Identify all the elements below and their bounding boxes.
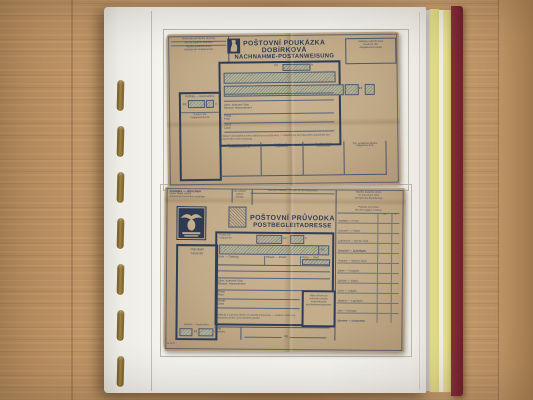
fee-label: Pojistné — Versich.-Geb. (338, 259, 377, 262)
fee-table: Poplatky při podání Bei der Aufgabe erho… (334, 205, 400, 341)
form1-corner-right: Nálepka podacího čísla Raum für den Aufg… (345, 38, 396, 65)
weight-value-line (244, 337, 281, 338)
postal-form-money-order: Určeno jen pro úřední záznamy Nur für am… (166, 32, 401, 188)
currency-label-kc: Kč (321, 248, 325, 252)
form1-stamp-row: Čís. poukaz. seznamu Anweisungsverz.-Nr.… (219, 141, 386, 177)
stamp-box: Podáno dne Aufgabetag (260, 142, 302, 176)
label-german: Post (218, 294, 225, 297)
currency-label-kc: Kč (183, 103, 187, 107)
amount-box (179, 328, 192, 336)
fee-row: Balné — Packgeb. (337, 263, 399, 274)
fee-cell (377, 304, 391, 313)
currency-label-h: h (391, 214, 398, 223)
label-german: Land (218, 303, 225, 306)
form-code: H 1147 (167, 343, 175, 346)
fee-cell (377, 264, 391, 273)
stamp-imprint-box (228, 207, 246, 228)
fee-label: Spěšné — Eilgeb. (338, 279, 377, 282)
weight-strip: Váha Gewicht kg (214, 326, 329, 340)
fee-row: Skladné — Lagergeld (337, 293, 399, 304)
fee-cell (377, 254, 391, 263)
fee-cell (391, 314, 398, 323)
page-crease (419, 12, 420, 390)
note-line: Stempel des Aufgabeamtes (171, 48, 226, 52)
row1-label: Podací čís. Aufgabe-Nr. (219, 234, 232, 240)
fee-label: Výplatné — Porto (338, 219, 377, 222)
col-druh: Druh — Gattung (218, 255, 264, 264)
fee-label: Balné — Packgeb. (338, 269, 377, 272)
interleaf-yellow-edge (430, 9, 439, 392)
note-line: des Bestimmungsamtes (304, 304, 334, 307)
stamp-box-label: Anweisungsverz.-Nr. (219, 146, 260, 149)
fee-label: Jiné — Sonstige (338, 309, 377, 312)
page-crease (151, 11, 152, 391)
parcel-columns-header: Druh — Gattung Obsah — Inhalt Cena — Wer… (218, 255, 330, 266)
form2-sender-column: Odesílatel Absender Dobírka — Nachnahme … (175, 244, 218, 340)
col-obsah: Obsah — Inhalt (264, 256, 300, 265)
binding-stitch (117, 310, 125, 341)
address-street-label: Ulice, domovní číslo Strasse, Hausnummer (218, 279, 246, 286)
label-german: Strasse, Hausnummer (224, 107, 252, 111)
fee-cell (377, 294, 391, 303)
fee-cell (377, 284, 391, 293)
stamp-box: Razítko úřadu Amtsstempel (302, 141, 344, 175)
address-post-label: Pošta Post (218, 290, 225, 297)
dobirka-label: Dobírka — Nachnahme (181, 95, 219, 99)
cod-area: Dobírka — Nachnahme Kč (179, 324, 213, 336)
fee-cell (391, 264, 398, 273)
interleaf-yellow-edge (443, 10, 451, 392)
fee-label: Úhrnem — Zusammen (338, 319, 377, 322)
fee-label: Doručné — Zustellgeb. (338, 249, 377, 252)
fee-label: Skladné — Lagergeld (338, 299, 377, 302)
currency-label-kc: Kč (194, 330, 198, 334)
binding-stitch (117, 126, 125, 157)
amount-box (302, 259, 330, 265)
fee-label: Celní — Zollgeb. (338, 289, 377, 292)
binding-stitch (117, 264, 125, 295)
weight-value-line (290, 337, 327, 338)
fee-row: Dovozné — Fracht (337, 223, 399, 234)
currency-label-kc: Kč (274, 64, 278, 68)
fee-cell (391, 304, 398, 313)
label-german: Aufgabe-Nr. (219, 237, 232, 240)
amount-in-words-strip (224, 71, 336, 83)
fee-row: Doručné — Zustellgeb. (337, 243, 399, 254)
address-street-label: Ulice, domovní číslo Strasse, Hausnummer (224, 103, 252, 110)
fee-label: Dovozné — Fracht (338, 229, 377, 232)
fee-row: Pojistné — Versich.-Geb. (337, 253, 399, 264)
dobirka-label: Dobírka — Nachnahme (179, 324, 213, 327)
currency-label-kc: Kč (377, 214, 391, 223)
currency-label-h: h (311, 64, 313, 68)
currency-label-h: h (215, 102, 217, 106)
address-country-label: Země Land (218, 299, 225, 306)
weight-label-german: Gewicht (214, 331, 240, 335)
stamp-box-label: Aufgabebuch-Nr. (345, 145, 386, 148)
amount-box (256, 235, 282, 244)
wood-plank (499, 0, 533, 400)
form1-left-column: Dobírka — Nachnahme Kč h Podací číslo Au… (179, 92, 222, 182)
form1-corner-notes: Určeno jen pro úřední záznamy Nur für am… (169, 37, 229, 65)
label-german: Strasse, Hausnummer (218, 283, 246, 287)
fee-cell (377, 244, 391, 253)
weight-label-box: Váha Gewicht (214, 326, 241, 339)
fee-cell (391, 234, 398, 243)
photo-of-open-album: Určeno jen pro úřední záznamy Nur für am… (0, 0, 533, 400)
fee-cell (377, 314, 391, 323)
stamp-box: Čís. podacího deníku Aufgabebuch-Nr. (344, 141, 386, 175)
amount-box (206, 100, 214, 108)
fee-cell (391, 244, 398, 253)
currency-label-h: h (305, 237, 307, 241)
binding-stitch (117, 356, 125, 387)
wood-plank-seam (71, 0, 73, 400)
binding-stitch (117, 172, 125, 203)
stamp-box-label: Amtsstempel (303, 145, 344, 148)
paper-fold (284, 33, 296, 186)
fee-row: Spěšné — Eilgeb. (337, 273, 399, 284)
fee-cell (391, 284, 398, 293)
routing-label-box: Místo určené pro průvodní nálepku Aufsch… (301, 290, 335, 327)
fee-row: Výplatné — PortoKčh (337, 213, 399, 224)
fee-row: Úhrnem — Zusammen (337, 313, 399, 323)
amount-box (198, 328, 213, 336)
stamp-box: Čís. poukaz. seznamu Anweisungsverz.-Nr. (219, 142, 260, 175)
fee-row: Dobírečné — Nachn.-Geb. (337, 233, 399, 244)
currency-label-kc: Kč (359, 87, 363, 91)
fee-label: Dobírečné — Nachn.-Geb. (338, 239, 377, 242)
fee-cell (391, 294, 398, 303)
paper-fold (283, 187, 294, 352)
fee-cell (391, 224, 398, 233)
fee-row: Jiné — Sonstige (337, 303, 399, 314)
binding-stitch (117, 218, 125, 249)
note-line: Aufgabeschein-Zettel (347, 46, 394, 49)
fee-cell (377, 274, 391, 283)
fee-cell (391, 274, 398, 283)
bird-emblem-icon (176, 206, 206, 240)
amount-box (345, 84, 359, 95)
fee-cell (377, 224, 391, 233)
stamp-box-label: Aufgabetag (261, 146, 302, 149)
binding-stitch (117, 80, 125, 111)
sender-label-german: Absender (178, 252, 216, 256)
postal-form-parcel-card: Dodejka — Abschein Nutno žádati zvláště … (163, 186, 405, 353)
fee-cell (391, 254, 398, 263)
col-cena: Cena — Wert (300, 256, 330, 265)
amount-box (365, 84, 375, 95)
fee-row: Celní — Zollgeb. (337, 283, 399, 294)
amount-box (187, 100, 205, 108)
fee-cell (377, 234, 391, 243)
album-red-cover-edge (451, 6, 463, 396)
